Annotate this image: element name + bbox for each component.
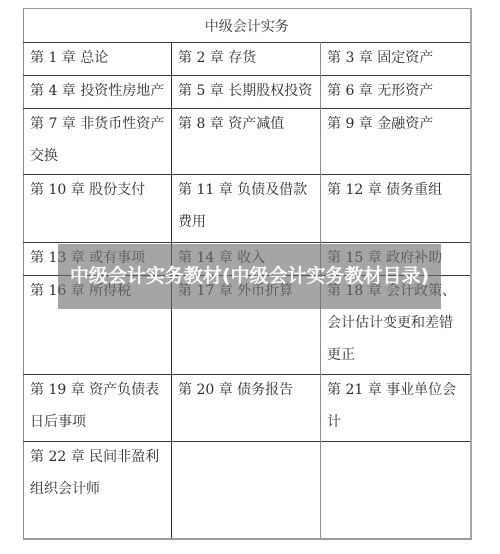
chapter-label: 第 5 章 长期股权投资 — [178, 75, 315, 107]
chapter-cell: 第 21 章 事业单位会计 — [321, 375, 471, 442]
chapter-label: 第 11 章 负债及借款费用 — [178, 174, 315, 238]
chapter-cell: 第 5 章 长期股权投资 — [172, 76, 321, 109]
chapter-cell: 第 9 章 金融资产 — [321, 109, 471, 175]
chapter-label: 第 20 章 债务报告 — [178, 374, 315, 406]
chapter-label: 第 22 章 民间非盈利组织会计师 — [30, 441, 166, 505]
chapter-cell: 第 8 章 资产减值 — [172, 109, 321, 175]
chapter-label: 第 9 章 金融资产 — [327, 108, 465, 140]
chapter-label: 第 4 章 投资性房地产 — [30, 75, 166, 107]
chapter-cell: 第 2 章 存货 — [172, 43, 321, 76]
table-row: 第 7 章 非货币性资产交换 第 8 章 资产减值 第 9 章 金融资产 — [24, 109, 471, 175]
table-row: 第 10 章 股份支付 第 11 章 负债及借款费用 第 12 章 债务重组 — [24, 175, 471, 243]
chapter-label: 第 10 章 股份支付 — [30, 174, 166, 206]
chapter-cell: 第 6 章 无形资产 — [321, 76, 471, 109]
table-row: 第 1 章 总论 第 2 章 存货 第 3 章 固定资产 — [24, 43, 471, 76]
chapter-cell: 第 7 章 非货币性资产交换 — [24, 109, 172, 175]
caption-overlay: 中级会计实务教材(中级会计实务教材目录) — [58, 244, 441, 309]
chapter-cell: 第 10 章 股份支付 — [24, 175, 172, 243]
caption-text: 中级会计实务教材(中级会计实务教材目录) — [65, 264, 435, 289]
chapter-cell: 第 19 章 资产负债表日后事项 — [24, 375, 172, 442]
chapter-label: 第 3 章 固定资产 — [327, 42, 465, 74]
chapter-cell: 第 22 章 民间非盈利组织会计师 — [24, 442, 172, 540]
chapter-label: 第 8 章 资产减值 — [178, 108, 315, 140]
chapter-cell: 第 12 章 债务重组 — [321, 175, 471, 243]
chapter-cell: 第 11 章 负债及借款费用 — [172, 175, 321, 243]
chapter-label: 第 19 章 资产负债表日后事项 — [30, 374, 166, 438]
chapter-label: 第 1 章 总论 — [30, 42, 166, 74]
chapter-label: 第 12 章 债务重组 — [327, 174, 465, 206]
chapter-label: 第 7 章 非货币性资产交换 — [30, 108, 166, 172]
empty-cell — [321, 442, 471, 540]
chapter-label: 第 2 章 存货 — [178, 42, 315, 74]
chapter-cell: 第 3 章 固定资产 — [321, 43, 471, 76]
chapter-label: 第 21 章 事业单位会计 — [327, 374, 465, 438]
table-row: 第 4 章 投资性房地产 第 5 章 长期股权投资 第 6 章 无形资产 — [24, 76, 471, 109]
empty-cell — [172, 442, 321, 540]
table-row: 第 19 章 资产负债表日后事项 第 20 章 债务报告 第 21 章 事业单位… — [24, 375, 471, 442]
table-row: 第 22 章 民间非盈利组织会计师 — [24, 442, 471, 540]
chapter-label: 第 6 章 无形资产 — [327, 75, 465, 107]
chapter-cell: 第 20 章 债务报告 — [172, 375, 321, 442]
chapter-cell: 第 1 章 总论 — [24, 43, 172, 76]
table-title: 中级会计实务 — [24, 9, 471, 43]
chapter-cell: 第 4 章 投资性房地产 — [24, 76, 172, 109]
